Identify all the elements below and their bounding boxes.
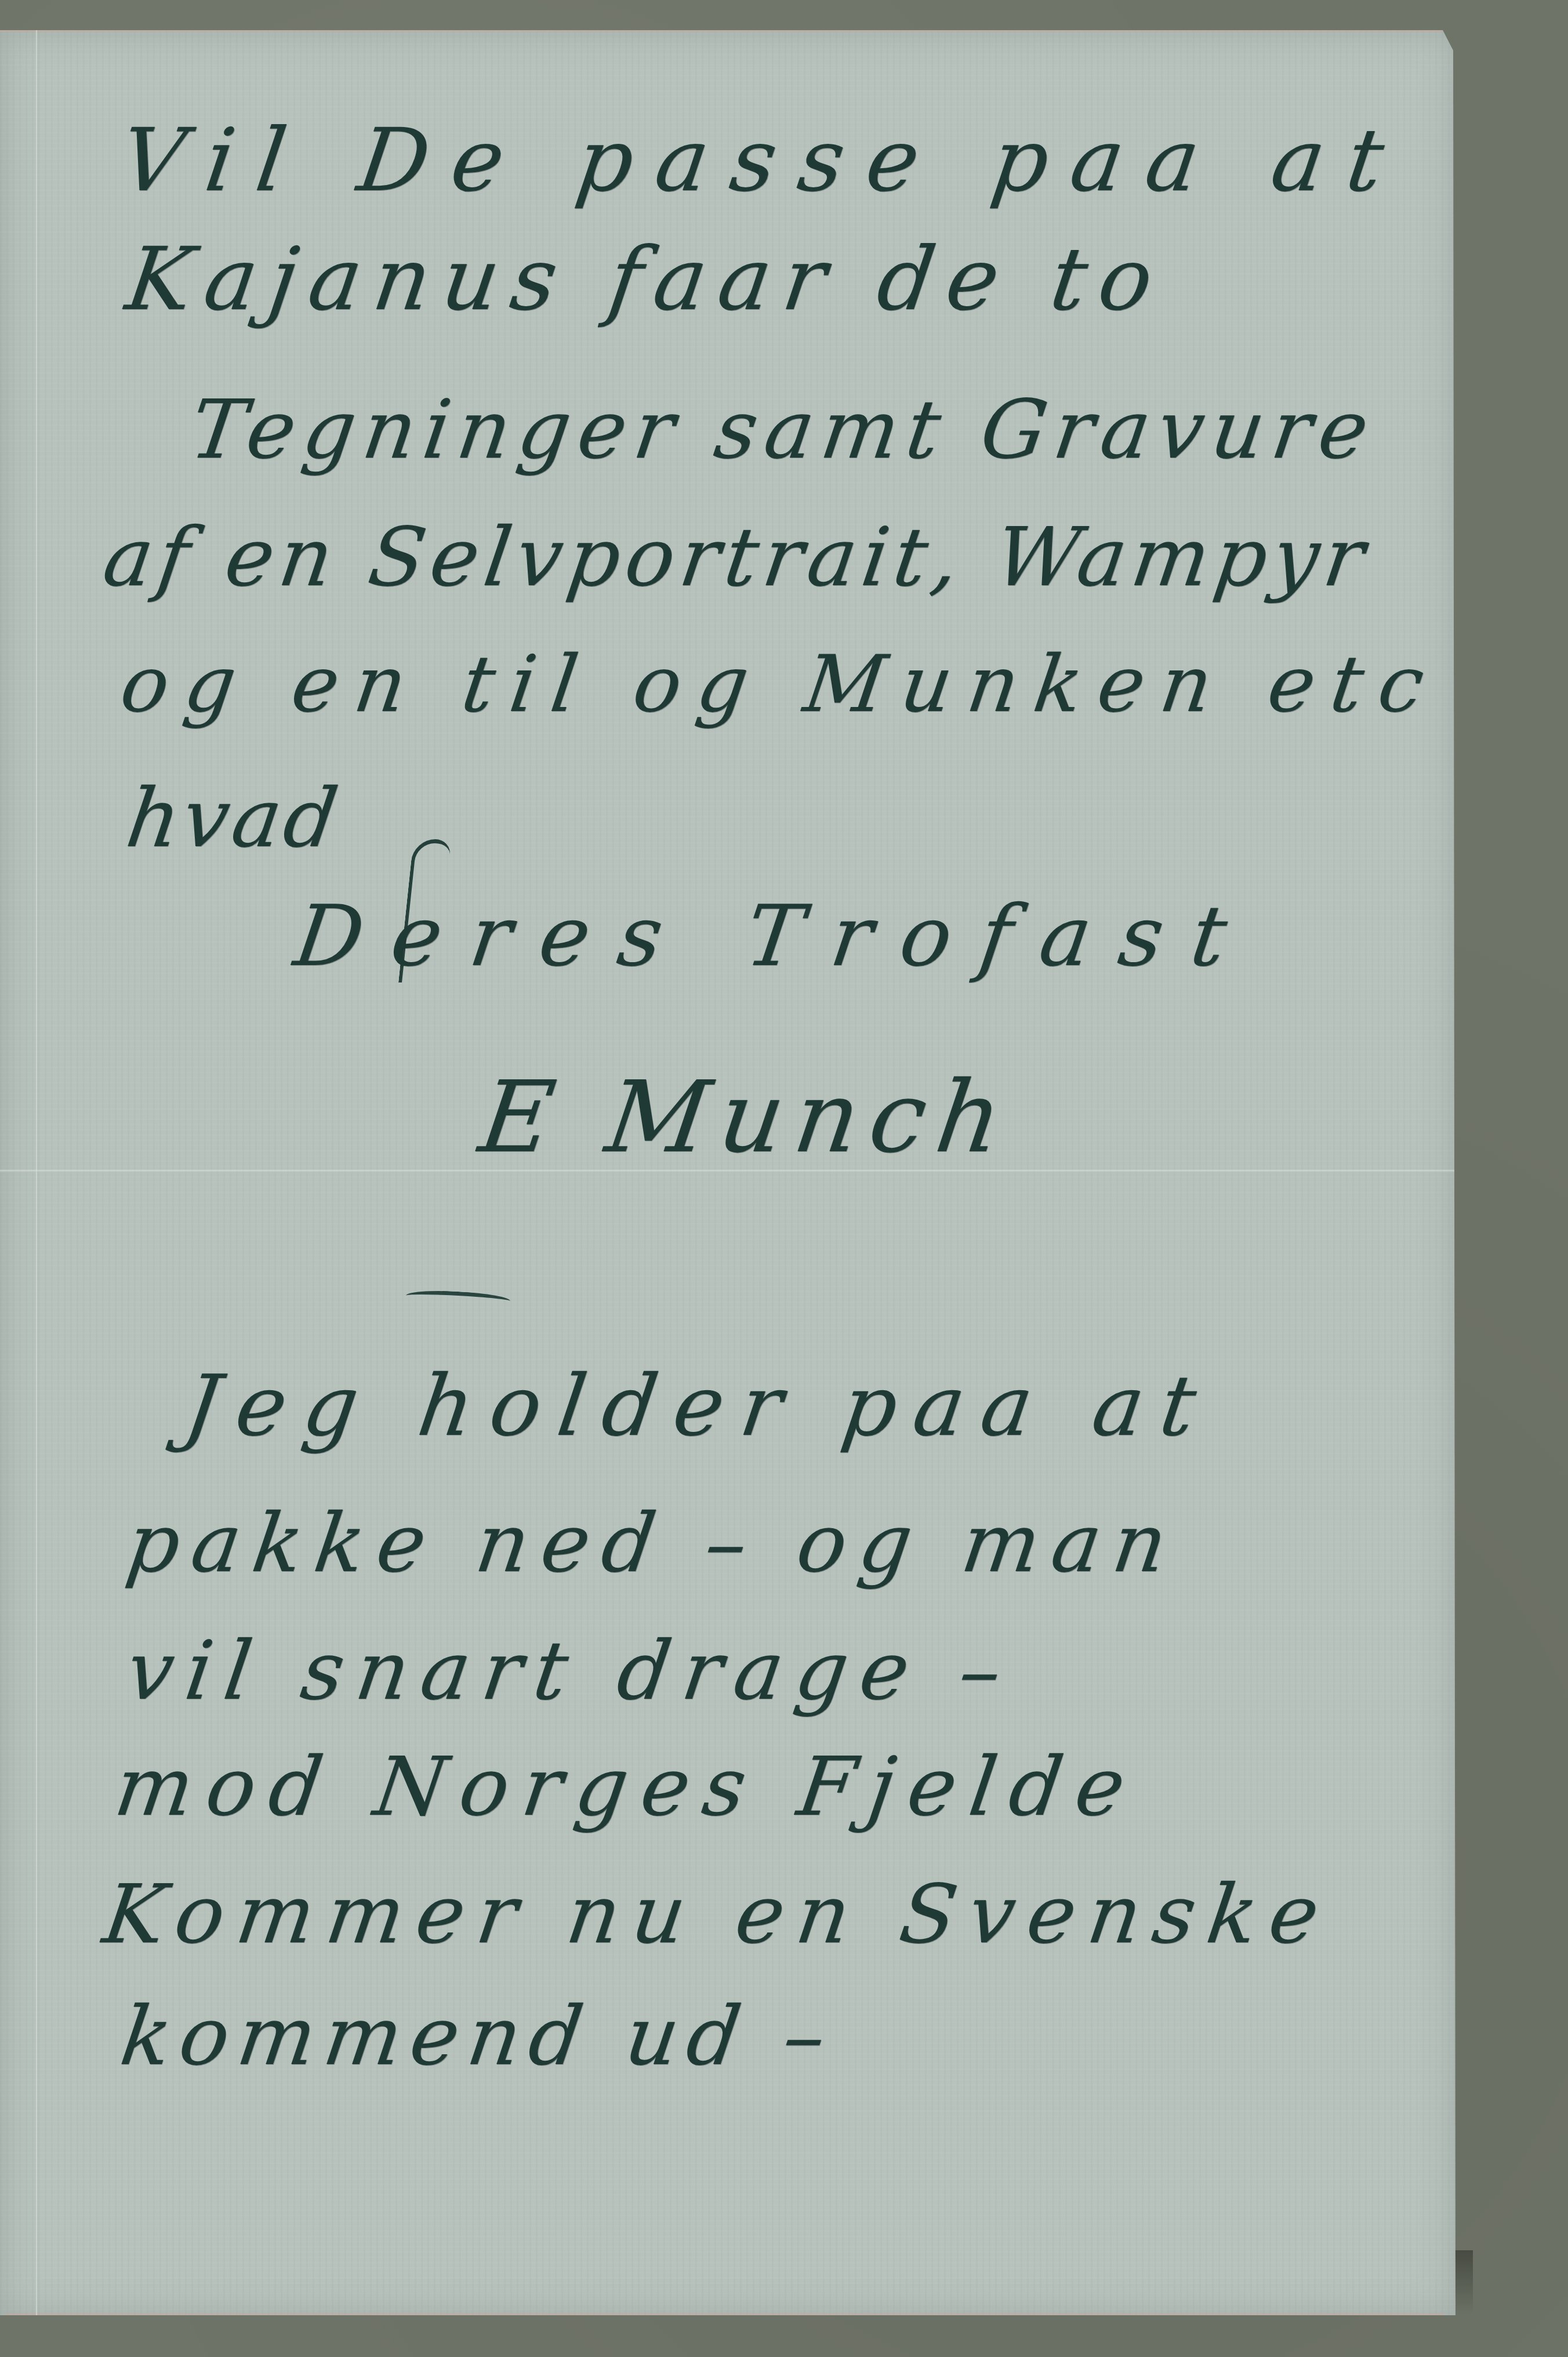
letter-line-4: af en Selvportrait, Wampyr <box>99 517 1375 599</box>
postscript-line-4: mod Norges Fjelde <box>110 1747 1144 1828</box>
letter-line-5: og en til og Munken etc <box>117 645 1445 723</box>
postscript-line-1: Jeg holder paa at <box>180 1364 1218 1448</box>
separator-stroke <box>406 1289 511 1307</box>
sheet-bottom-edge <box>6 2314 1444 2315</box>
postscript-line-3: vil snart drage – <box>122 1631 1019 1712</box>
closing-salutation: Deres Trofast <box>290 894 1261 978</box>
letter-sheet: Vil De passe paa at Kajanus faar de to T… <box>0 30 1456 2315</box>
postscript-line-2: pakke ned – og man <box>122 1503 1184 1584</box>
left-fold-crease <box>36 30 38 2315</box>
letter-line-1: Vil De passe paa at <box>115 117 1411 204</box>
sheet-top-edge <box>0 30 1443 32</box>
postscript-line-5: Kommer nu en Svenske <box>99 1874 1336 1956</box>
letter-line-6: hvad <box>122 778 346 860</box>
letter-line-3: Tegninger samt Gravure <box>186 390 1381 471</box>
signature: E Munch <box>474 1068 1019 1167</box>
postscript-line-6: kommend ud – <box>116 1996 840 2077</box>
letter-line-2: Kajanus faar de to <box>121 236 1170 323</box>
